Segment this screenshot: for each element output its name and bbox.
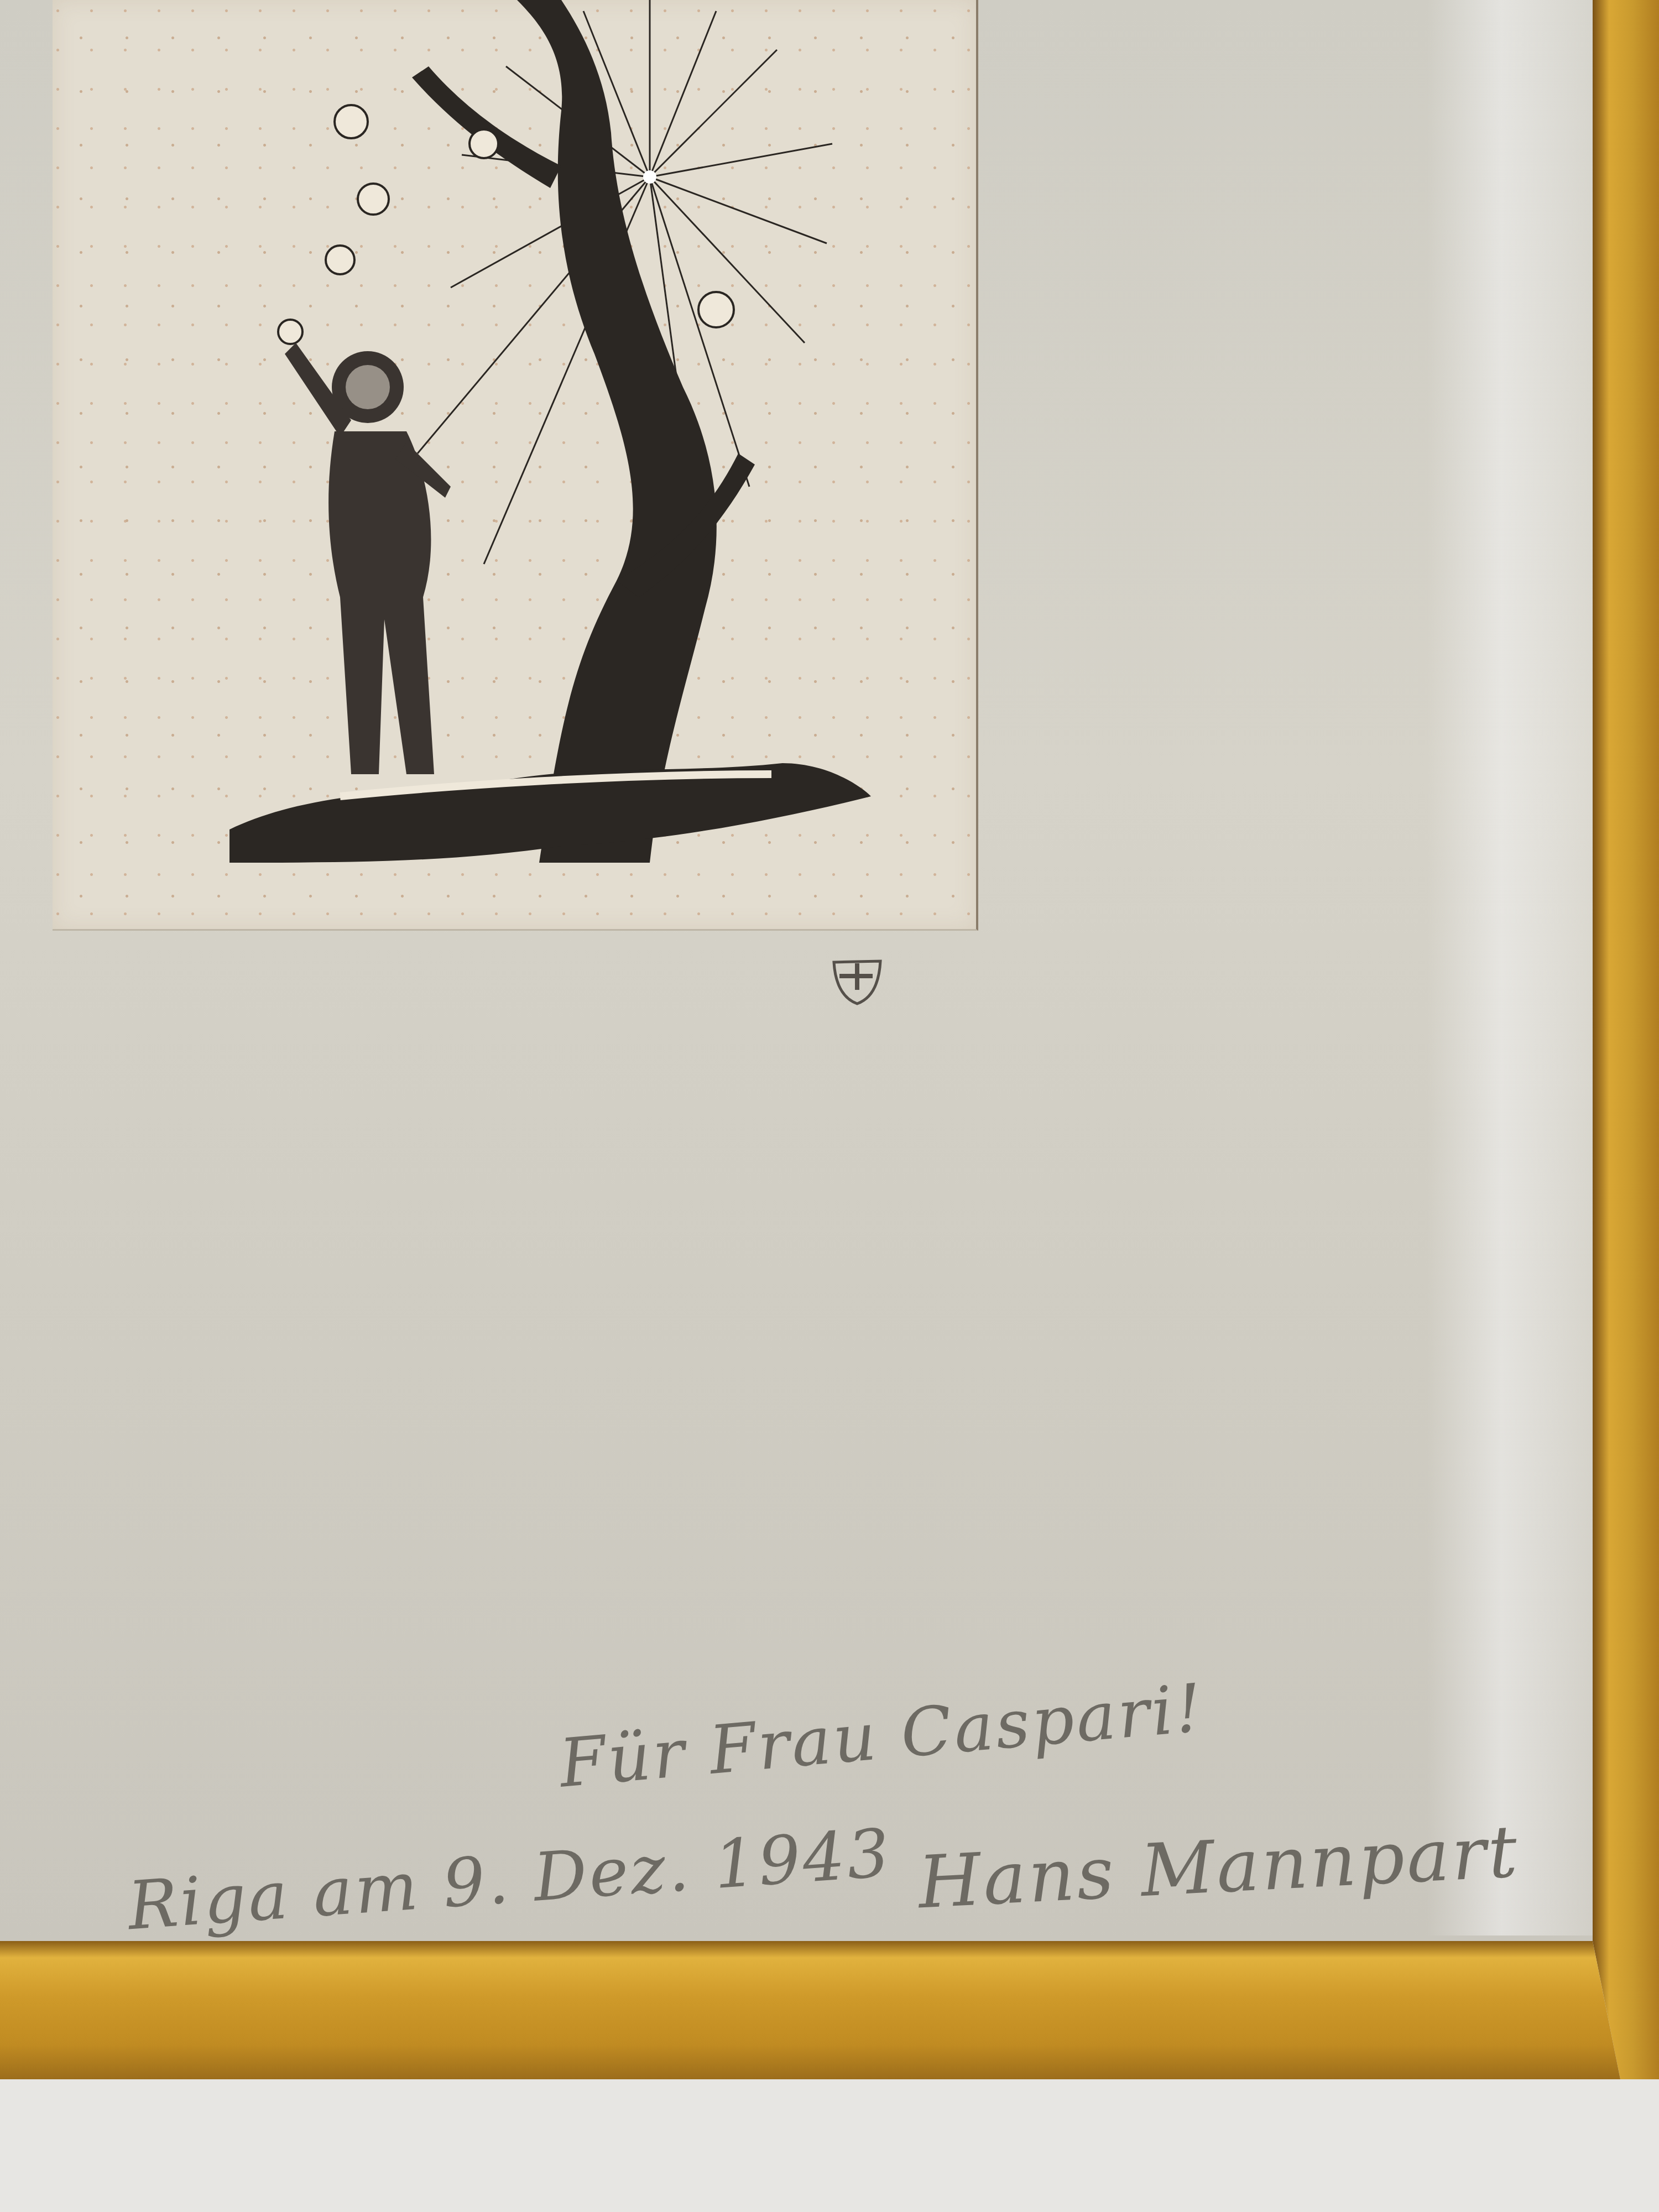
engraving-image	[229, 0, 915, 874]
engraving-plate	[53, 0, 978, 931]
shield-monogram-icon	[830, 957, 885, 1006]
gold-frame-bottom	[0, 1941, 1620, 2079]
gold-frame-right	[1593, 0, 1659, 2079]
glass-glare	[1427, 0, 1593, 1936]
wall-background	[0, 2079, 1659, 2212]
tree-child-star-icon	[229, 0, 915, 874]
